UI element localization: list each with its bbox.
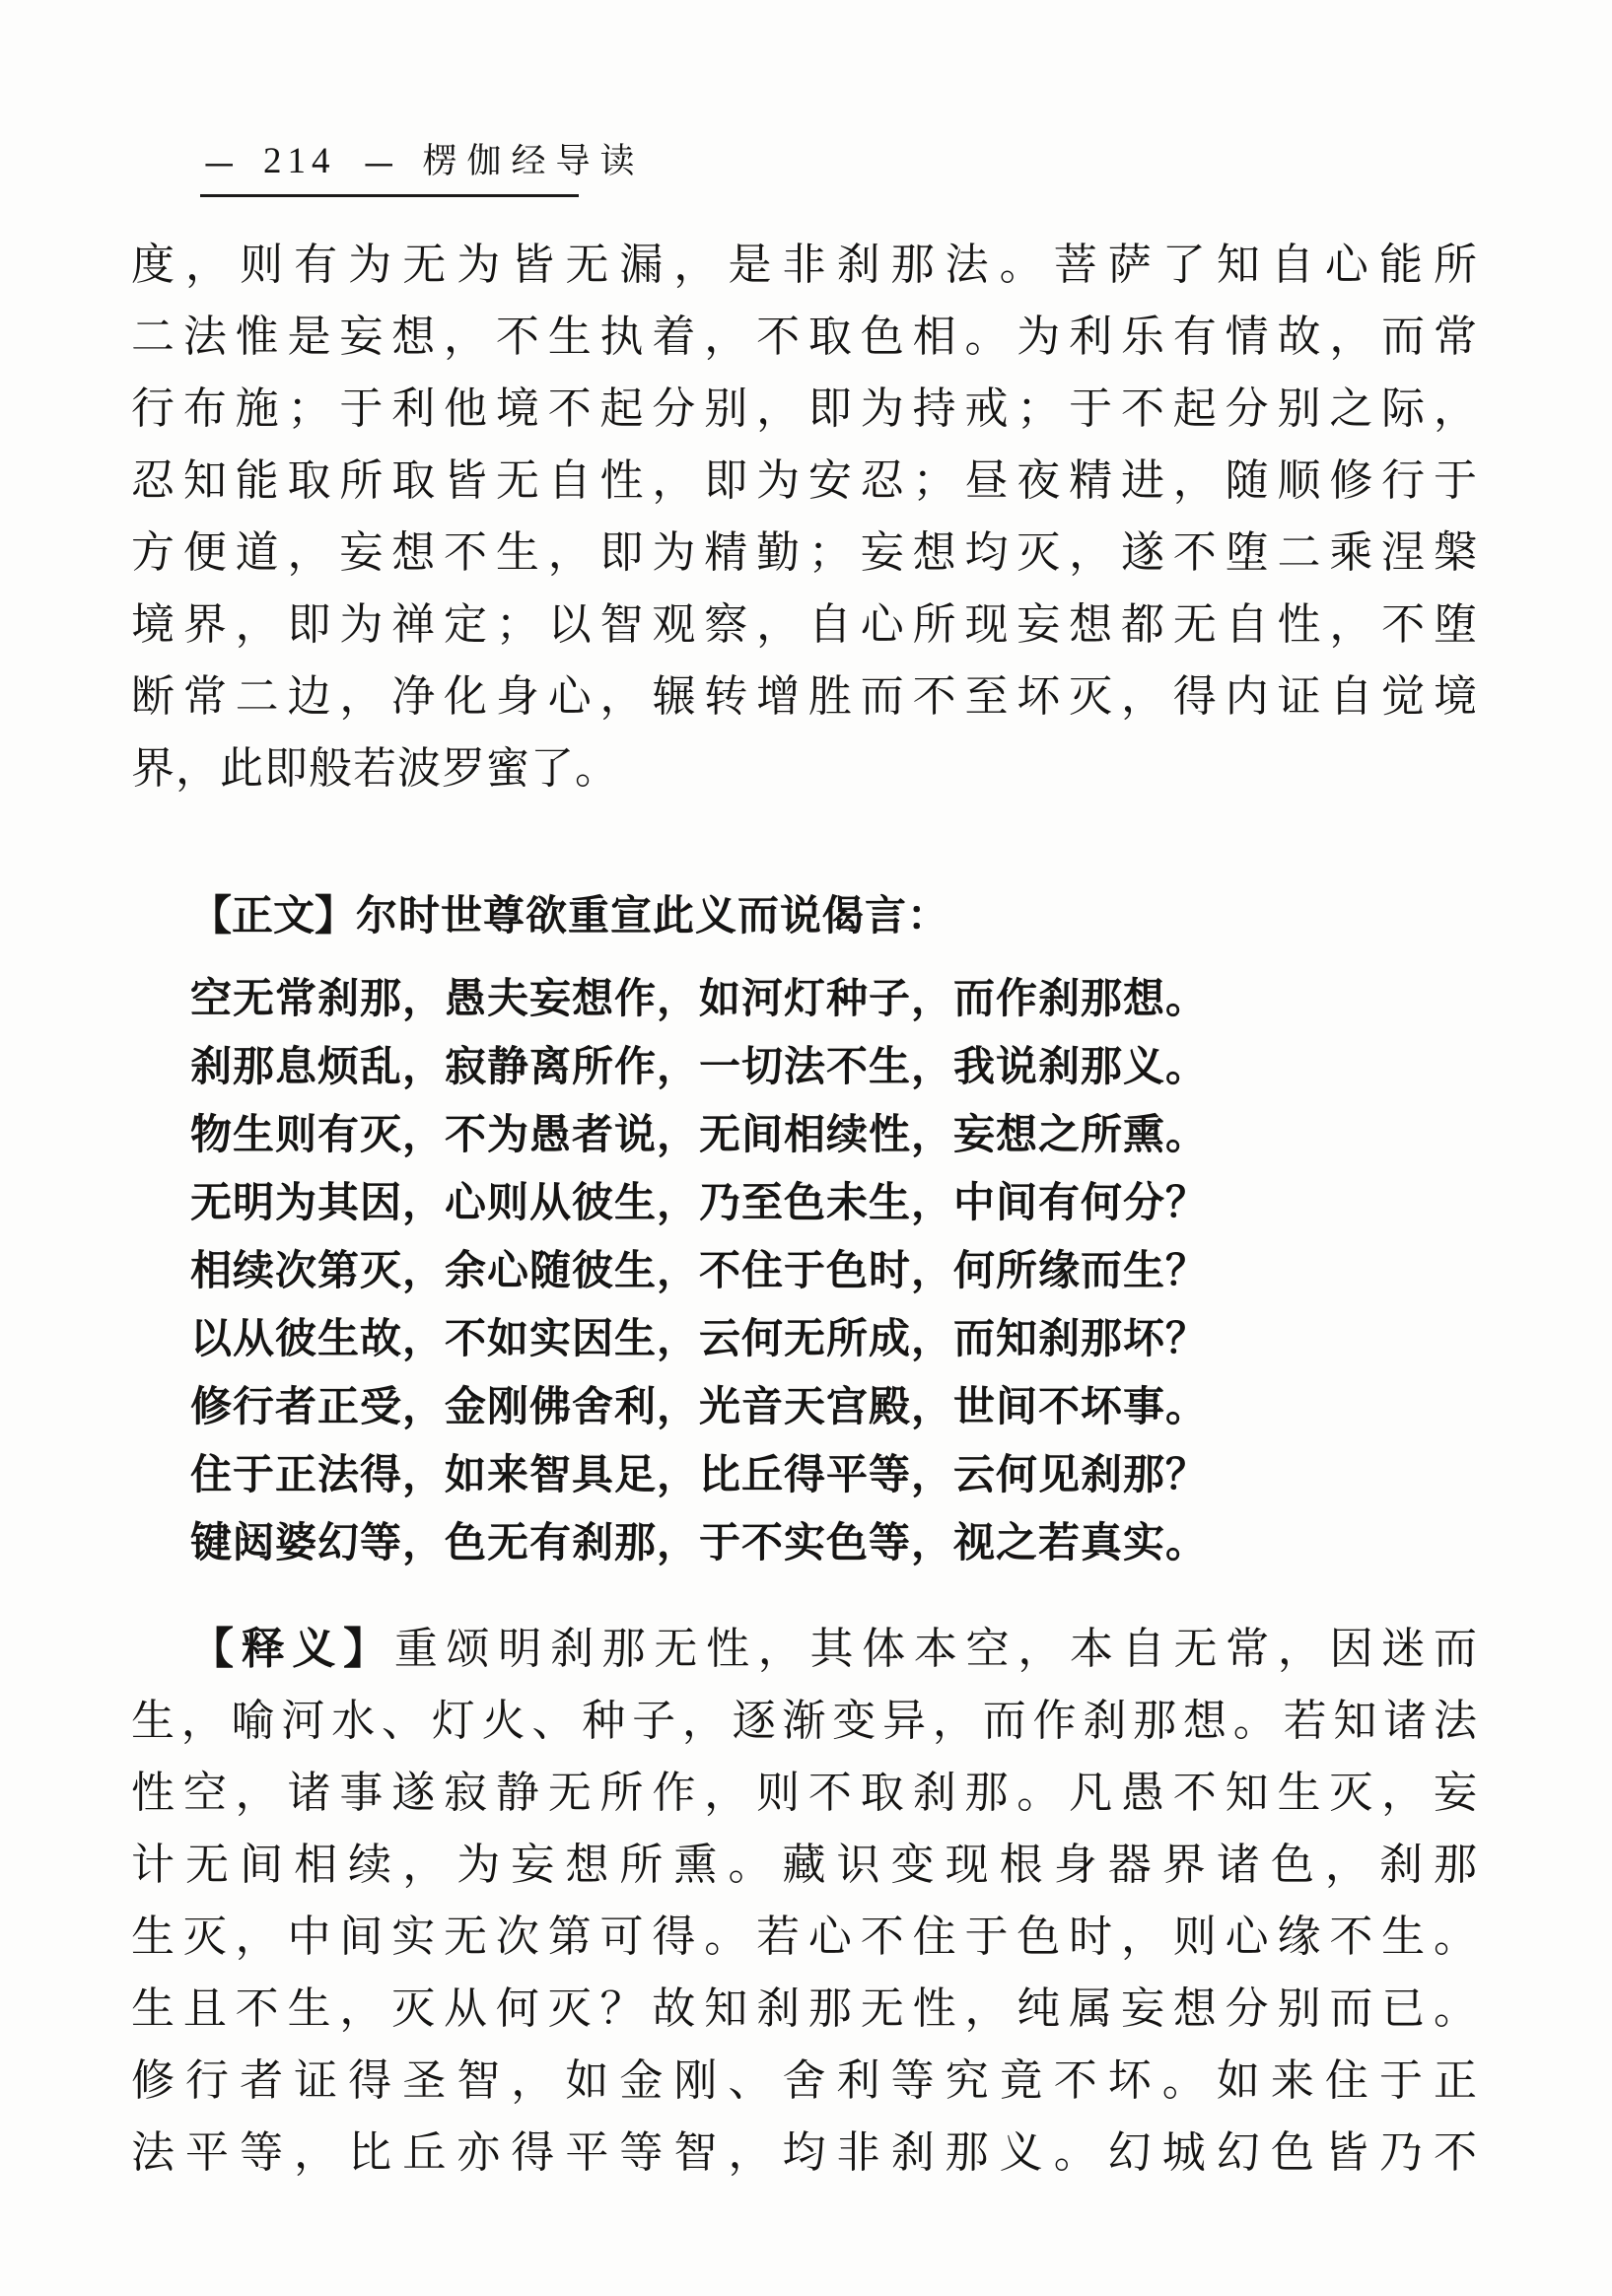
text-line: 计无间相续，为妄想所熏。藏识变现根身器界诸色，刹那	[131, 1829, 1478, 1901]
shiyi-first-text: 重颂明刹那无性，其体本空，本自无常，因迷而	[394, 1625, 1478, 1673]
text-line: 行布施；于利他境不起分别，即为持戒；于不起分别之际，	[131, 373, 1478, 445]
text-line: 生，喻河水、灯火、种子，逐渐变异，而作刹那想。若知诸法	[131, 1685, 1478, 1757]
verse-line: 相续次第灭，余心随彼生，不住于色时，何所缘而生？	[190, 1236, 1478, 1304]
body-paragraph: 度，则有为无为皆无漏，是非刹那法。菩萨了知自心能所二法惟是妄想，不生执着，不取色…	[131, 229, 1478, 804]
verse-line: 无明为其因，心则从彼生，乃至色未生，中间有何分？	[190, 1168, 1478, 1236]
header-rule	[200, 194, 579, 197]
text-line: 性空，诸事遂寂静无所作，则不取刹那。凡愚不知生灭，妄	[131, 1757, 1478, 1829]
verse-block: 空无常刹那，愚夫妄想作，如河灯种子，而作刹那想。刹那息烦乱，寂静离所作，一切法不…	[190, 964, 1478, 1576]
text-line: 方便道，妄想不生，即为精勤；妄想均灭，遂不堕二乘涅槃	[131, 517, 1478, 589]
zhengwen-heading-line: 【正文】尔时世尊欲重宣此义而说偈言：	[131, 885, 1478, 946]
verse-line: 住于正法得，如来智具足，比丘得平等，云何见刹那？	[190, 1440, 1478, 1508]
shiyi-first-line: 【释义】重颂明刹那无性，其体本空，本自无常，因迷而	[131, 1613, 1478, 1685]
text-line: 二法惟是妄想，不生执着，不取色相。为利乐有情故，而常	[131, 301, 1478, 373]
zhengwen-text: 尔时世尊欲重宣此义而说偈言：	[356, 891, 949, 939]
verse-line: 空无常刹那，愚夫妄想作，如河灯种子，而作刹那想。	[190, 964, 1478, 1032]
text-line: 断常二边，净化身心，辗转增胜而不至坏灭，得内证自觉境	[131, 661, 1478, 732]
verse-line: 以从彼生故，不如实因生，云何无所成，而知刹那坏？	[190, 1304, 1478, 1372]
page-number: 214	[263, 140, 336, 182]
book-page: — 214 — 楞伽经导读 度，则有为无为皆无漏，是非刹那法。菩萨了知自心能所二…	[0, 0, 1612, 2296]
text-line: 境界，即为禅定；以智观察，自心所现妄想都无自性，不堕	[131, 589, 1478, 661]
shiyi-paragraph: 【释义】重颂明刹那无性，其体本空，本自无常，因迷而 生，喻河水、灯火、种子，逐渐…	[131, 1613, 1478, 2189]
header-dash-right: —	[365, 144, 393, 181]
shiyi-tag: 【释义】	[190, 1624, 394, 1674]
running-header: — 214 — 楞伽经导读	[202, 134, 645, 183]
shiyi-rest-lines: 生，喻河水、灯火、种子，逐渐变异，而作刹那想。若知诸法性空，诸事遂寂静无所作，则…	[131, 1685, 1478, 2189]
verse-line: 物生则有灭，不为愚者说，无间相续性，妄想之所熏。	[190, 1100, 1478, 1168]
text-line: 生灭，中间实无次第可得。若心不住于色时，则心缘不生。	[131, 1901, 1478, 1973]
verse-line: 修行者正受，金刚佛舍利，光音天宫殿，世间不坏事。	[190, 1372, 1478, 1440]
text-line: 法平等，比丘亦得平等智，均非刹那义。幻城幻色皆乃不	[131, 2117, 1478, 2189]
verse-line: 键闼婆幻等，色无有刹那，于不实色等，视之若真实。	[190, 1508, 1478, 1576]
header-dash-left: —	[206, 144, 235, 181]
text-line: 修行者证得圣智，如金刚、舍利等究竟不坏。如来住于正	[131, 2045, 1478, 2117]
text-line: 界，此即般若波罗蜜了。	[131, 732, 1478, 804]
text-line: 生且不生，灭从何灭？故知刹那无性，纯属妄想分别而已。	[131, 1973, 1478, 2045]
verse-line: 刹那息烦乱，寂静离所作，一切法不生，我说刹那义。	[190, 1032, 1478, 1100]
zhengwen-tag: 【正文】	[190, 891, 356, 939]
book-title: 楞伽经导读	[423, 134, 645, 183]
text-line: 度，则有为无为皆无漏，是非刹那法。菩萨了知自心能所	[131, 229, 1478, 301]
text-line: 忍知能取所取皆无自性，即为安忍；昼夜精进，随顺修行于	[131, 445, 1478, 517]
